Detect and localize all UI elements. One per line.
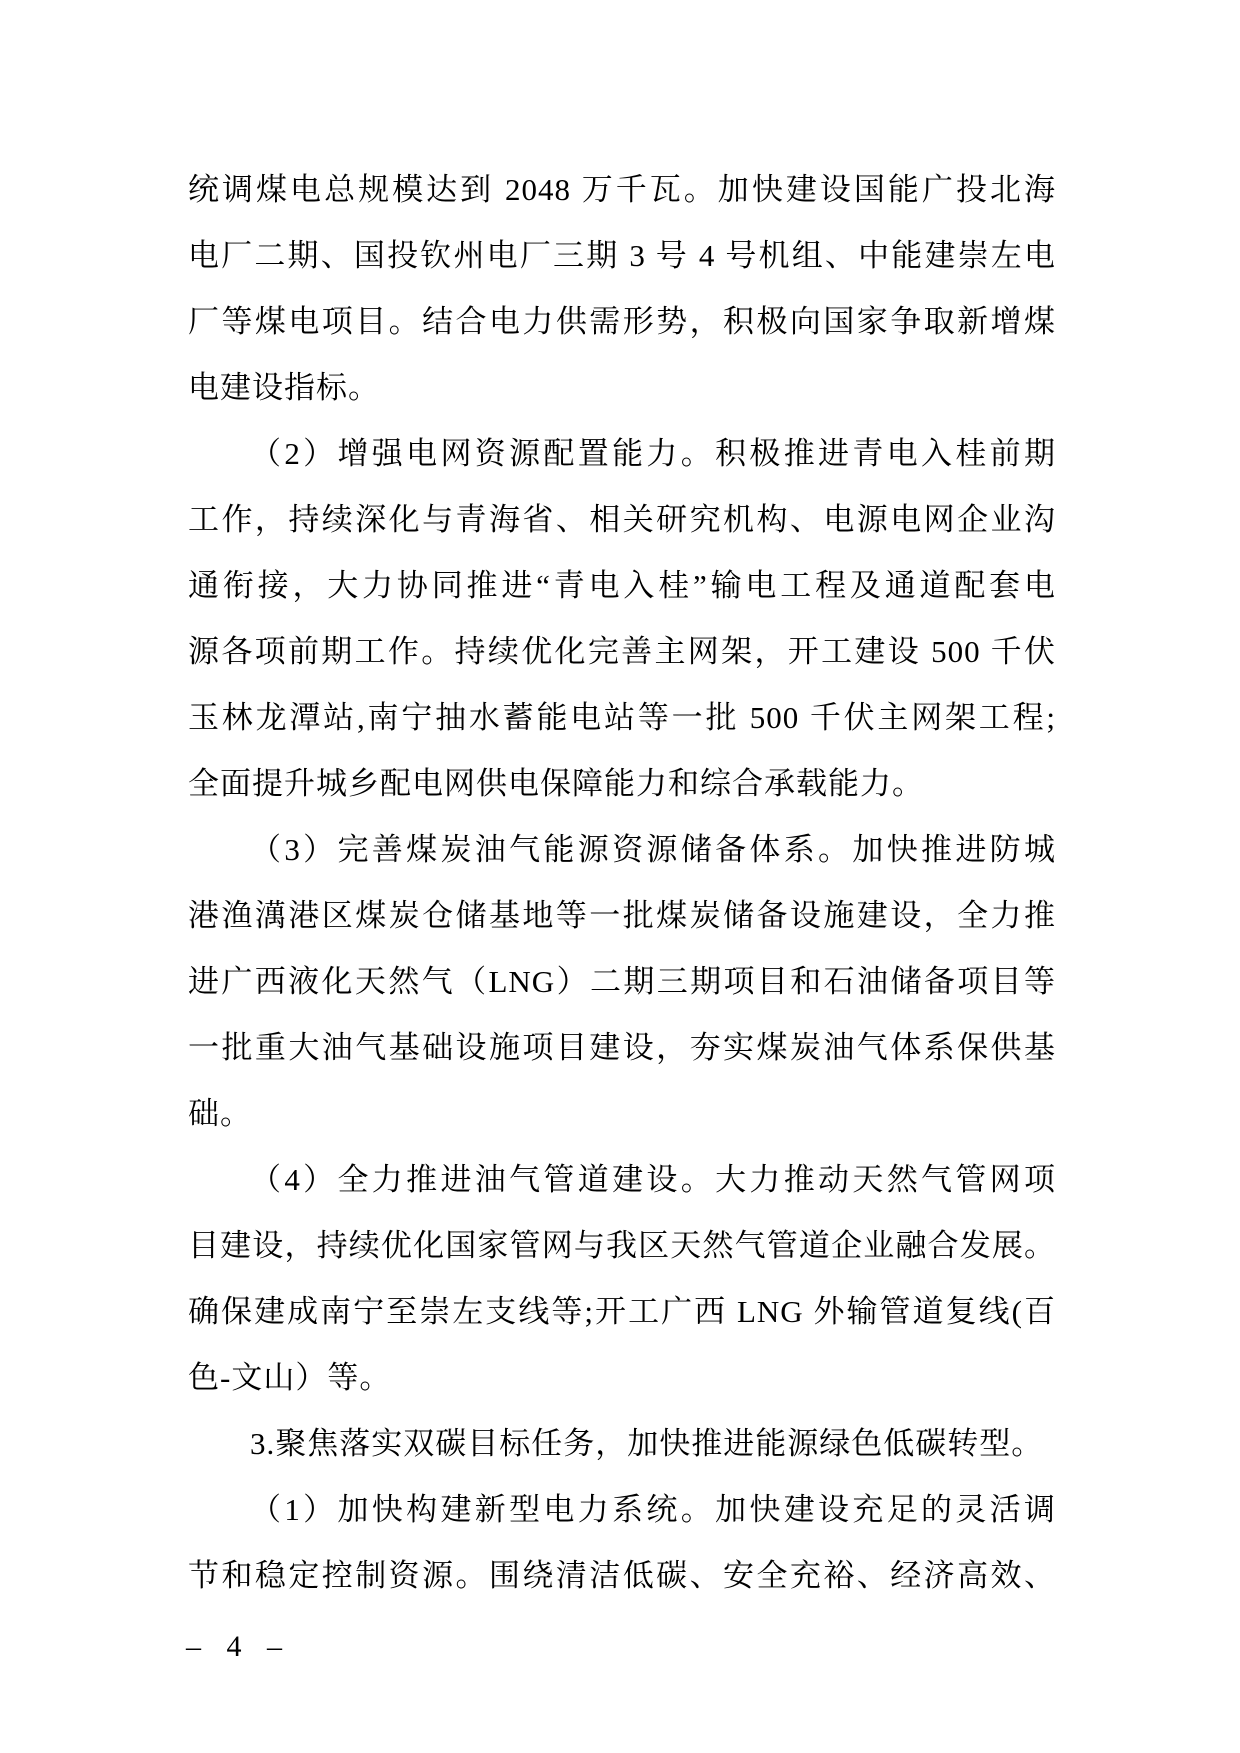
doc-line: 统调煤电总规模达到 2048 万千瓦。加快建设国能广投北海 — [188, 157, 1056, 223]
doc-line: 色-文山）等。 — [188, 1345, 1056, 1411]
doc-line: 确保建成南宁至崇左支线等;开工广西 LNG 外输管道复线(百 — [188, 1279, 1056, 1345]
page-number: – 4 – — [186, 1630, 284, 1664]
doc-line: 通衔接，大力协同推进“青电入桂”输电工程及通道配套电 — [188, 553, 1056, 619]
doc-line: 节和稳定控制资源。围绕清洁低碳、安全充裕、经济高效、 — [188, 1543, 1056, 1609]
paragraph-start-line: （3）完善煤炭油气能源资源储备体系。加快推进防城 — [188, 817, 1056, 883]
doc-line: 源各项前期工作。持续优化完善主网架，开工建设 500 千伏 — [188, 619, 1056, 685]
doc-line: 电建设指标。 — [188, 355, 1056, 421]
doc-line: 港渔澫港区煤炭仓储基地等一批煤炭储备设施建设，全力推 — [188, 883, 1056, 949]
doc-line: 目建设，持续优化国家管网与我区天然气管道企业融合发展。 — [188, 1213, 1056, 1279]
doc-line: 玉林龙潭站,南宁抽水蓄能电站等一批 500 千伏主网架工程; — [188, 685, 1056, 751]
doc-line: 电厂二期、国投钦州电厂三期 3 号 4 号机组、中能建崇左电 — [188, 223, 1056, 289]
doc-line: 进广西液化天然气（LNG）二期三期项目和石油储备项目等 — [188, 949, 1056, 1015]
document-body: 统调煤电总规模达到 2048 万千瓦。加快建设国能广投北海 电厂二期、国投钦州电… — [188, 157, 1056, 1609]
doc-line: 一批重大油气基础设施项目建设，夯实煤炭油气体系保供基 — [188, 1015, 1056, 1081]
paragraph-start-line: （4）全力推进油气管道建设。大力推动天然气管网项 — [188, 1147, 1056, 1213]
doc-line: 全面提升城乡配电网供电保障能力和综合承载能力。 — [188, 751, 1056, 817]
doc-line: 厂等煤电项目。结合电力供需形势，积极向国家争取新增煤 — [188, 289, 1056, 355]
document-page: 统调煤电总规模达到 2048 万千瓦。加快建设国能广投北海 电厂二期、国投钦州电… — [0, 0, 1240, 1753]
doc-line: 础。 — [188, 1081, 1056, 1147]
paragraph-start-line: 3.聚焦落实双碳目标任务，加快推进能源绿色低碳转型。 — [188, 1411, 1056, 1477]
paragraph-start-line: （1）加快构建新型电力系统。加快建设充足的灵活调 — [188, 1477, 1056, 1543]
doc-line: 工作，持续深化与青海省、相关研究机构、电源电网企业沟 — [188, 487, 1056, 553]
paragraph-start-line: （2）增强电网资源配置能力。积极推进青电入桂前期 — [188, 421, 1056, 487]
